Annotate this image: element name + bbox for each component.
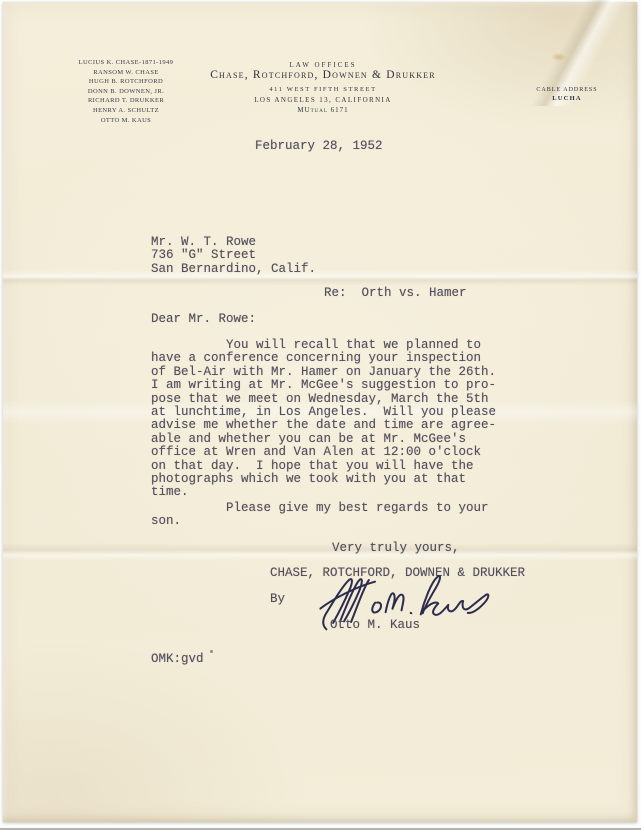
firm-street-address: 411 WEST FIFTH STREET	[181, 86, 465, 93]
cable-address-name: LUCHA	[511, 95, 623, 102]
attorney-name: RANSOM W. CHASE	[51, 68, 201, 78]
scanned-letter: LUCIUS K. CHASE-1871-1949 RANSOM W. CHAS…	[0, 0, 641, 830]
body-paragraph-2: Please give my best regards to your son.	[151, 502, 489, 529]
fold-crease-upper	[3, 270, 637, 286]
firm-name: Chase, Rotchford, Downen & Drukker	[181, 69, 465, 81]
attorney-name: HENRY A. SCHULTZ	[51, 106, 201, 116]
firm-phone: MUtual 6171	[181, 106, 465, 114]
signer-typed-name: Otto M. Kaus	[330, 619, 420, 632]
attorney-name: DONN B. DOWNEN, JR.	[51, 87, 201, 97]
attorney-name: LUCIUS K. CHASE-1871-1949	[51, 58, 201, 68]
office-type-label: LAW OFFICES	[181, 61, 465, 69]
attorney-list: LUCIUS K. CHASE-1871-1949 RANSOM W. CHAS…	[51, 58, 201, 125]
body-paragraph-1: You will recall that we planned to have …	[151, 339, 496, 500]
letter-date: February 28, 1952	[255, 140, 383, 153]
fold-crease-lower	[3, 543, 637, 561]
recipient-name: Mr. W. T. Rowe	[151, 235, 256, 249]
by-label: By	[270, 593, 285, 606]
firm-city-address: LOS ANGELES 13, CALIFORNIA	[181, 96, 465, 104]
recipient-street: 736 "G" Street	[151, 248, 256, 262]
re-line: Re: Orth vs. Hamer	[324, 287, 467, 300]
letter-paper: LUCIUS K. CHASE-1871-1949 RANSOM W. CHAS…	[3, 2, 637, 822]
attorney-name: OTTO M. KAUS	[51, 116, 201, 126]
recipient-city: San Bernardino, Calif.	[151, 262, 316, 276]
ink-speck	[210, 650, 213, 653]
reference-initials: OMK:gvd	[151, 653, 204, 666]
salutation: Dear Mr. Rowe:	[151, 313, 256, 326]
cable-address-label: CABLE ADDRESS	[511, 87, 623, 93]
paper-stain	[551, 53, 566, 61]
recipient-address: Mr. W. T. Rowe736 "G" StreetSan Bernardi…	[151, 236, 316, 276]
attorney-name: HUGH B. ROTCHFORD	[51, 77, 201, 87]
attorney-name: RICHARD T. DRUKKER	[51, 96, 201, 106]
closing-phrase: Very truly yours,	[332, 542, 460, 555]
